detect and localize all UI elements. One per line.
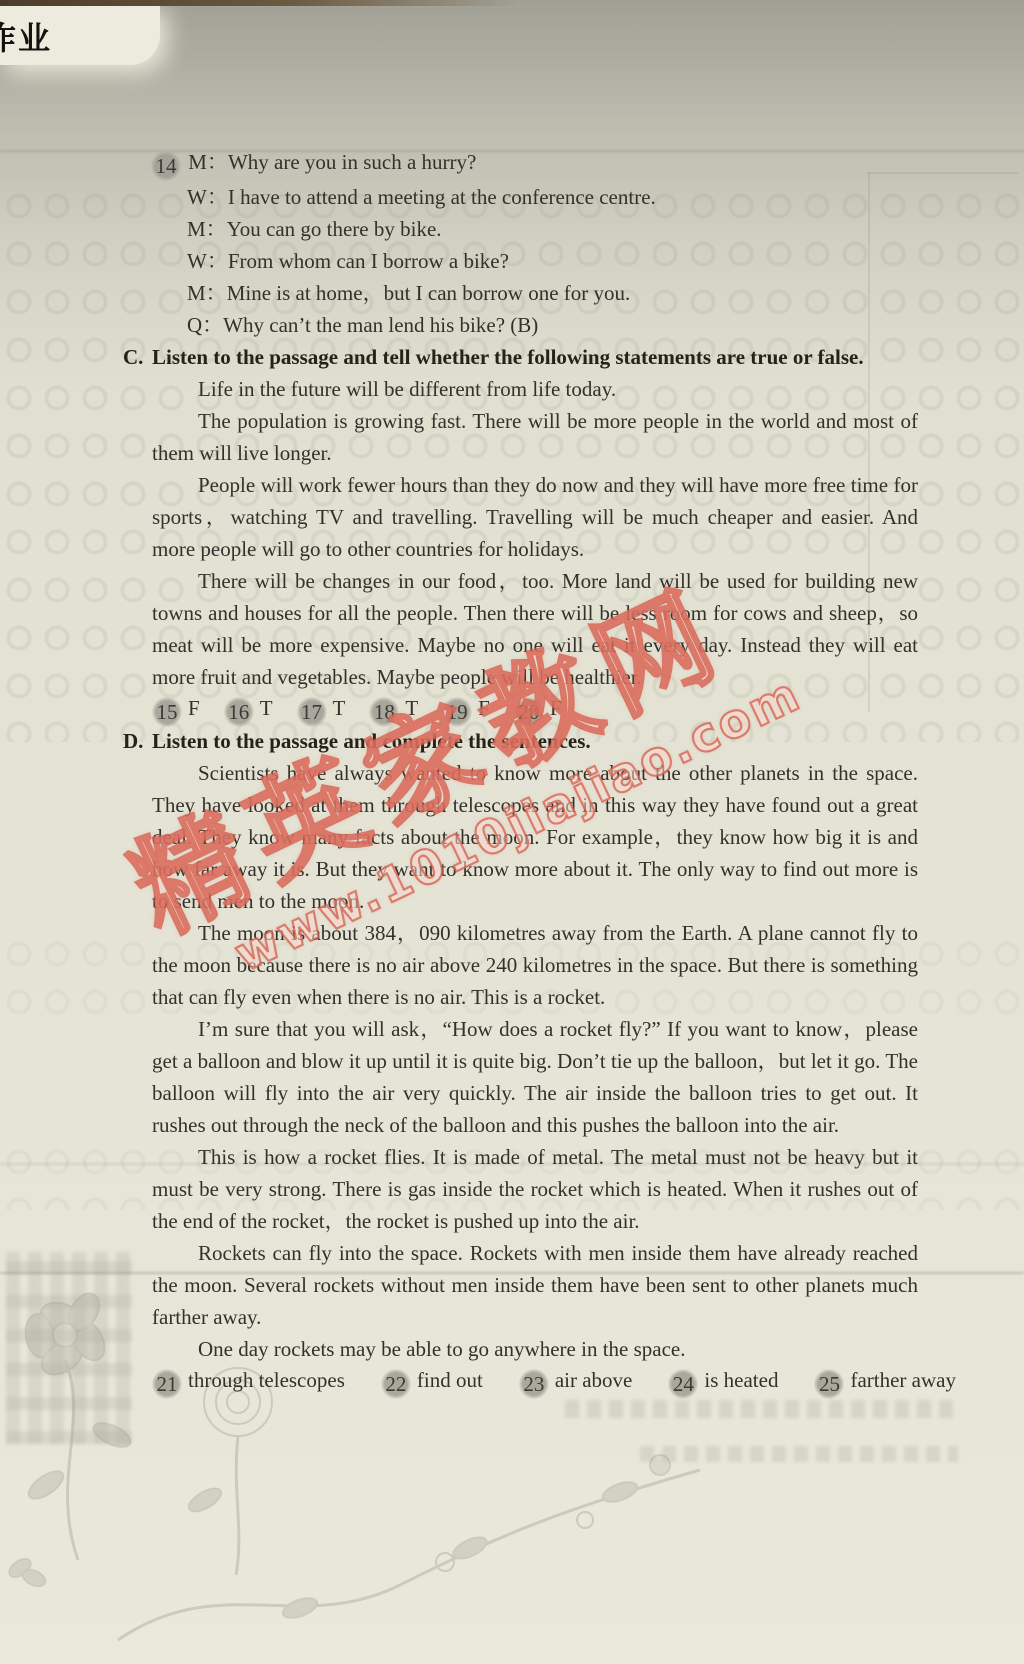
answer-value: T	[405, 696, 418, 720]
answer-number-badge: 20	[514, 697, 544, 727]
dialogue-line: M：Mine is at home，but I can borrow one f…	[152, 277, 918, 309]
passage-paragraph: Rockets can fly into the space. Rockets …	[152, 1237, 918, 1333]
section-c-label: C.	[123, 341, 143, 373]
answer-item: 24is heated	[668, 1364, 778, 1399]
dialogue-text: You can go there by bike.	[227, 217, 442, 241]
answer-number-badge: 15	[152, 697, 182, 727]
corner-tab: 作业	[0, 3, 160, 65]
speaker-label: M：	[188, 146, 228, 178]
speaker-label: Q：	[187, 309, 223, 341]
answer-number-badge: 24	[668, 1369, 698, 1399]
answer-value: is heated	[704, 1368, 778, 1392]
passage-paragraph: I’m sure that you will ask，“How does a r…	[152, 1013, 918, 1141]
answer-item: 20F	[514, 692, 562, 727]
answer-number-badge: 25	[814, 1369, 844, 1399]
answer-item: 18T	[369, 692, 418, 727]
passage-paragraph: Scientists have always wanted to know mo…	[152, 757, 918, 917]
dialogue-line: 14 M：Why are you in such a hurry?	[152, 146, 918, 181]
dialogue-line: W：I have to attend a meeting at the conf…	[152, 181, 918, 213]
answer-item: 21through telescopes	[152, 1364, 345, 1399]
question-number-badge: 14	[151, 151, 181, 181]
answer-item: 23air above	[519, 1364, 633, 1399]
dialogue-text: Why can’t the man lend his bike? (B)	[223, 313, 538, 337]
section-d-heading: D. Listen to the passage and complete th…	[152, 725, 918, 757]
answer-value: F	[478, 696, 490, 720]
answer-number-badge: 21	[152, 1369, 182, 1399]
answer-item: 25farther away	[814, 1364, 956, 1399]
answer-number-badge: 19	[442, 697, 472, 727]
section-c-heading: C. Listen to the passage and tell whethe…	[152, 341, 918, 373]
speaker-label: W：	[187, 181, 228, 213]
answer-item: 15F	[152, 692, 200, 727]
answer-value: F	[550, 696, 562, 720]
speaker-label: M：	[187, 213, 227, 245]
passage-paragraph: This is how a rocket flies. It is made o…	[152, 1141, 918, 1237]
passage-paragraph: The population is growing fast. There wi…	[152, 405, 918, 469]
answer-value: air above	[555, 1368, 633, 1392]
section-c: C. Listen to the passage and tell whethe…	[152, 341, 918, 725]
section-d: D. Listen to the passage and complete th…	[152, 725, 918, 1397]
binding-edge-strip	[0, 0, 520, 6]
answer-item: 16T	[224, 692, 273, 727]
passage-paragraph: One day rockets may be able to go anywhe…	[152, 1333, 918, 1365]
passage-paragraph: The moon is about 384，090 kilometres awa…	[152, 917, 918, 1013]
section-d-answers: 21through telescopes 22find out 23air ab…	[152, 1365, 956, 1397]
flower-rose	[185, 1368, 272, 1575]
dialogue-text: Why are you in such a hurry?	[228, 150, 476, 174]
answer-number-badge: 23	[519, 1369, 549, 1399]
butterfly	[6, 1555, 48, 1589]
scanned-workbook-page: 作业 14 M：Why are you in such a hurry? W：I…	[0, 0, 1024, 1664]
passage-paragraph: There will be changes in our food，too. M…	[152, 565, 918, 693]
dialogue-text: Mine is at home，but I can borrow one for…	[227, 281, 631, 305]
section-d-title: Listen to the passage and complete the s…	[152, 729, 591, 753]
answer-item: 22find out	[381, 1364, 483, 1399]
page-content: 14 M：Why are you in such a hurry? W：I ha…	[152, 146, 918, 1397]
corner-tab-label: 作业	[0, 13, 52, 59]
dialogue-block: 14 M：Why are you in such a hurry? W：I ha…	[152, 146, 918, 341]
speaker-label: W：	[187, 245, 228, 277]
passage-paragraph: People will work fewer hours than they d…	[152, 469, 918, 565]
answer-value: F	[188, 696, 200, 720]
dialogue-line: M：You can go there by bike.	[152, 213, 918, 245]
dialogue-line: W：From whom can I borrow a bike?	[152, 245, 918, 277]
passage-paragraph: Life in the future will be different fro…	[152, 373, 918, 405]
answer-value: through telescopes	[188, 1368, 345, 1392]
section-d-label: D.	[123, 725, 143, 757]
answer-number-badge: 16	[224, 697, 254, 727]
answer-value: T	[333, 696, 346, 720]
dialogue-line: Q：Why can’t the man lend his bike? (B)	[152, 309, 918, 341]
answer-item: 19F	[442, 692, 490, 727]
speaker-label: M：	[187, 277, 227, 309]
answer-number-badge: 18	[369, 697, 399, 727]
answer-item: 17T	[297, 692, 346, 727]
section-c-title: Listen to the passage and tell whether t…	[152, 345, 864, 369]
answer-number-badge: 22	[381, 1369, 411, 1399]
dialogue-text: I have to attend a meeting at the confer…	[228, 185, 656, 209]
answer-value: find out	[417, 1368, 483, 1392]
answer-value: T	[260, 696, 273, 720]
dialogue-text: From whom can I borrow a bike?	[228, 249, 509, 273]
answer-number-badge: 17	[297, 697, 327, 727]
section-c-answers: 15F 16T 17T 18T 19F 20F	[152, 693, 918, 725]
answer-value: farther away	[850, 1368, 956, 1392]
